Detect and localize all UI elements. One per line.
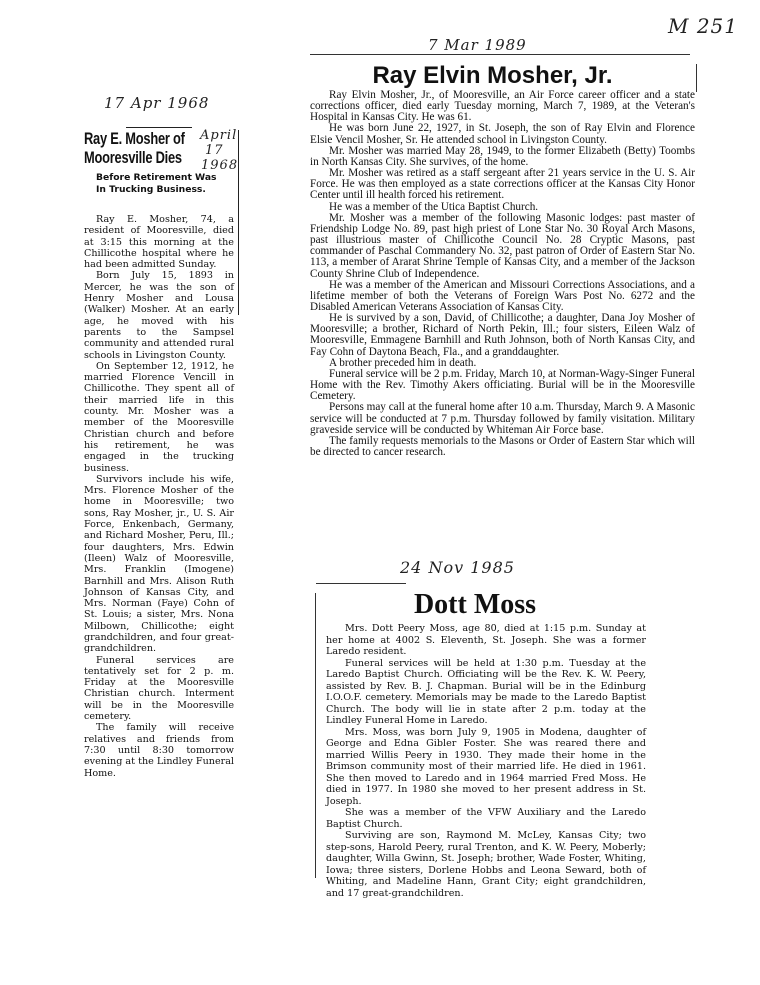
headline: Ray Elvin Mosher, Jr. [310,62,695,90]
paragraph: The family requests memorials to the Mas… [310,436,695,458]
article-body: Ray Elvin Mosher, Jr., of Mooresville, a… [310,90,695,458]
headline-line-1: Ray E. Mosher of [84,130,201,149]
paragraph: Funeral services are tentatively set for… [84,655,234,723]
paragraph: Persons may call at the funeral home aft… [310,402,695,435]
paragraph: The family will receive relatives and fr… [84,722,234,778]
paragraph: He was a member of the American and Miss… [310,280,695,313]
headline: Ray E. Mosher of Mooresville Dies [84,130,201,168]
obituary-dott-moss: Dott Moss Mrs. Dott Peery Moss, age 80, … [326,583,646,899]
column-rule [238,130,239,315]
paragraph: Mr. Mosher was retired as a staff sergea… [310,168,695,201]
paragraph: Ray E. Mosher, 74, a resident of Mooresv… [84,214,234,270]
paragraph: Surviving are son, Raymond M. McLey, Kan… [326,830,646,899]
divider [310,54,690,55]
divider [316,583,406,584]
paragraph: Funeral service will be 2 p.m. Friday, M… [310,369,695,402]
paragraph: Ray Elvin Mosher, Jr., of Mooresville, a… [310,90,695,123]
headline: Dott Moss [326,590,646,620]
subheadline: Before Retirement Was In Trucking Busine… [96,172,234,196]
headline-line-2: Mooresville Dies [84,149,201,168]
date-annotation-left: 17 Apr 1968 [104,94,209,112]
paragraph: He was born June 22, 1927, in St. Joseph… [310,123,695,145]
paragraph: Mrs. Dott Peery Moss, age 80, died at 1:… [326,623,646,658]
paragraph: Mr. Mosher was married May 28, 1949, to … [310,146,695,168]
subheadline-line-2: In Trucking Business. [96,184,234,196]
paragraph: Survivors include his wife, Mrs. Florenc… [84,474,234,655]
column-rule [315,593,316,878]
divider [126,127,192,128]
obituary-ray-e-mosher: Ray E. Mosher of Mooresville Dies Before… [84,120,234,779]
date-annotation-ray-jr: 7 Mar 1989 [428,36,527,54]
date-annotation-dott: 24 Nov 1985 [400,558,515,577]
subheadline-line-1: Before Retirement Was [96,172,234,184]
article-body: Mrs. Dott Peery Moss, age 80, died at 1:… [326,623,646,899]
paragraph: He is survived by a son, David, of Chill… [310,313,695,358]
article-body: Ray E. Mosher, 74, a resident of Mooresv… [84,214,234,779]
paragraph: Mr. Mosher was a member of the following… [310,213,695,280]
paragraph: She was a member of the VFW Auxiliary an… [326,807,646,830]
catalog-number-annotation: M 251 [668,14,738,38]
obituary-ray-elvin-mosher-jr: Ray Elvin Mosher, Jr. Ray Elvin Mosher, … [310,54,695,458]
paragraph: Mrs. Moss, was born July 9, 1905 in Mode… [326,727,646,808]
paragraph: On September 12, 1912, he married Floren… [84,361,234,474]
column-rule [696,64,697,92]
paragraph: Born July 15, 1893 in Mercer, he was the… [84,270,234,360]
paragraph: Funeral services will be held at 1:30 p.… [326,658,646,727]
